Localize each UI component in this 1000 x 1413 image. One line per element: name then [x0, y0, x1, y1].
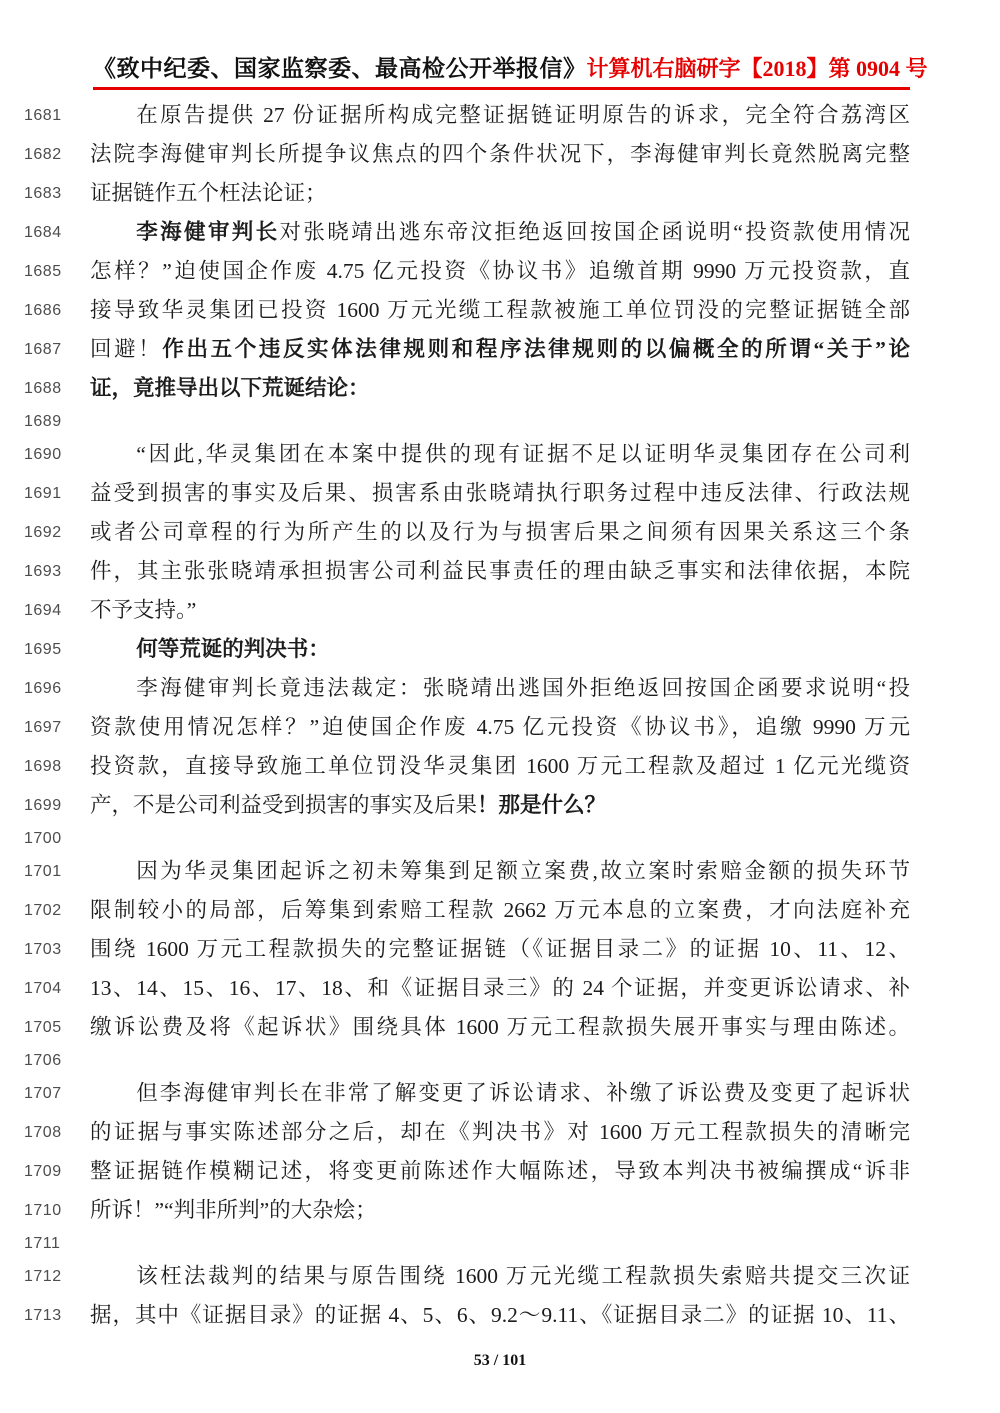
line-number: 1710 — [24, 1202, 90, 1220]
document-line: 1689 — [0, 408, 1000, 435]
document-line: 1687回避！作出五个违反实体法律规则和程序法律规则的以偏概全的所谓“关于”论 — [0, 330, 1000, 369]
line-text: 李海健审判长竟违法裁定：张晓靖出逃国外拒绝返回按国企函要求说明“投 — [90, 678, 910, 700]
line-number: 1705 — [24, 1019, 90, 1037]
line-text: 围绕 1600 万元工程款损失的完整证据链（《证据目录二》的证据 10、11、1… — [90, 939, 910, 961]
line-text: 但李海健审判长在非常了解变更了诉讼请求、补缴了诉讼费及变更了起诉状 — [90, 1083, 910, 1105]
document-line: 1712该枉法裁判的结果与原告围绕 1600 万元光缆工程款损失索赔共提交三次证 — [0, 1257, 1000, 1296]
line-number: 1684 — [24, 224, 90, 242]
line-text: 限制较小的局部，后筹集到索赔工程款 2662 万元本息的立案费，才向法庭补充 — [90, 900, 910, 922]
document-line: 1695何等荒诞的判决书： — [0, 630, 1000, 669]
line-number: 1708 — [24, 1124, 90, 1142]
line-text: 整证据链作模糊记述，将变更前陈述作大幅陈述，导致本判决书被编撰成“诉非 — [90, 1161, 910, 1183]
document-line: 1705缴诉讼费及将《起诉状》围绕具体 1600 万元工程款损失展开事实与理由陈… — [0, 1008, 1000, 1047]
line-number: 1691 — [24, 485, 90, 503]
document-line: 1688证，竟推导出以下荒诞结论： — [0, 369, 1000, 408]
line-number: 1713 — [24, 1307, 90, 1325]
line-text: 回避！作出五个违反实体法律规则和程序法律规则的以偏概全的所谓“关于”论 — [90, 339, 910, 361]
line-number: 1709 — [24, 1163, 90, 1181]
document-line: 1698投资款，直接导致施工单位罚没华灵集团 1600 万元工程款及超过 1 亿… — [0, 747, 1000, 786]
line-text: 件，其主张张晓靖承担损害公司利益民事责任的理由缺乏事实和法律依据，本院 — [90, 561, 910, 583]
line-text: 何等荒诞的判决书： — [90, 639, 910, 661]
line-number: 1689 — [24, 413, 90, 431]
document-title: 《致中纪委、国家监察委、最高检公开举报信》 — [93, 50, 587, 83]
line-number: 1700 — [24, 830, 90, 848]
line-text: 证，竟推导出以下荒诞结论： — [90, 378, 910, 400]
document-line: 1706 — [0, 1047, 1000, 1074]
line-number: 1711 — [24, 1235, 90, 1253]
document-line: 1711 — [0, 1230, 1000, 1257]
line-number: 1702 — [24, 902, 90, 920]
line-number: 1686 — [24, 302, 90, 320]
line-number: 1682 — [24, 146, 90, 164]
document-line: 170413、14、15、16、17、18、和《证据目录三》的 24 个证据，并… — [0, 969, 1000, 1008]
document-line: 1702限制较小的局部，后筹集到索赔工程款 2662 万元本息的立案费，才向法庭… — [0, 891, 1000, 930]
line-number: 1690 — [24, 446, 90, 464]
document-line: 1708的证据与事实陈述部分之后，却在《判决书》对 1600 万元工程款损失的清… — [0, 1113, 1000, 1152]
page-number-indicator: 53 / 101 — [0, 1352, 1000, 1370]
line-number: 1704 — [24, 980, 90, 998]
document-line: 1691益受到损害的事实及后果、损害系由张晓靖执行职务过程中违反法律、行政法规 — [0, 474, 1000, 513]
line-number: 1692 — [24, 524, 90, 542]
line-text: 资款使用情况怎样？”迫使国企作废 4.75 亿元投资《协议书》，追缴 9990 … — [90, 717, 910, 739]
line-number: 1703 — [24, 941, 90, 959]
document-line: 1694不予支持。” — [0, 591, 1000, 630]
document-page: 《致中纪委、国家监察委、最高检公开举报信》 计算机右脑研字【2018】第 090… — [0, 0, 1000, 1413]
document-line: 1685怎样？”迫使国企作废 4.75 亿元投资《协议书》追缴首期 9990 万… — [0, 252, 1000, 291]
line-number: 1697 — [24, 719, 90, 737]
document-line: 1703围绕 1600 万元工程款损失的完整证据链（《证据目录二》的证据 10、… — [0, 930, 1000, 969]
line-text: 或者公司章程的行为所产生的以及行为与损害后果之间须有因果关系这三个条 — [90, 522, 910, 544]
line-text: 缴诉讼费及将《起诉状》围绕具体 1600 万元工程款损失展开事实与理由陈述。 — [90, 1017, 910, 1039]
line-text: “因此,华灵集团在本案中提供的现有证据不足以证明华灵集团存在公司利 — [90, 444, 910, 466]
line-text: 所诉！”“判非所判”的大杂烩； — [90, 1200, 910, 1222]
document-line: 1693件，其主张张晓靖承担损害公司利益民事责任的理由缺乏事实和法律依据，本院 — [0, 552, 1000, 591]
line-text: 因为华灵集团起诉之初未筹集到足额立案费,故立案时索赔金额的损失环节 — [90, 861, 910, 883]
line-text: 在原告提供 27 份证据所构成完整证据链证明原告的诉求，完全符合荔湾区 — [90, 105, 910, 127]
line-text: 投资款，直接导致施工单位罚没华灵集团 1600 万元工程款及超过 1 亿元光缆资 — [90, 756, 910, 778]
line-number: 1693 — [24, 563, 90, 581]
line-text: 法院李海健审判长所提争议焦点的四个条件状况下，李海健审判长竟然脱离完整 — [90, 144, 910, 166]
line-number: 1685 — [24, 263, 90, 281]
document-line: 1686接导致华灵集团已投资 1600 万元光缆工程款被施工单位罚没的完整证据链… — [0, 291, 1000, 330]
line-text: 李海健审判长对张晓靖出逃东帝汶拒绝返回按国企函说明“投资款使用情况 — [90, 222, 910, 244]
line-number: 1701 — [24, 863, 90, 881]
line-text: 不予支持。” — [90, 600, 910, 622]
line-text: 据，其中《证据目录》的证据 4、5、6、9.2～9.11、《证据目录二》的证据 … — [90, 1305, 910, 1327]
line-number: 1688 — [24, 380, 90, 398]
line-number: 1687 — [24, 341, 90, 359]
document-line: 1701因为华灵集团起诉之初未筹集到足额立案费,故立案时索赔金额的损失环节 — [0, 852, 1000, 891]
line-number: 1681 — [24, 107, 90, 125]
document-line: 1713据，其中《证据目录》的证据 4、5、6、9.2～9.11、《证据目录二》… — [0, 1296, 1000, 1335]
line-text: 产，不是公司利益受到损害的事实及后果！那是什么？ — [90, 795, 910, 817]
document-line: 1682法院李海健审判长所提争议焦点的四个条件状况下，李海健审判长竟然脱离完整 — [0, 135, 1000, 174]
line-number: 1699 — [24, 797, 90, 815]
line-number: 1706 — [24, 1052, 90, 1070]
document-line: 1683证据链作五个枉法论证； — [0, 174, 1000, 213]
line-text: 证据链作五个枉法论证； — [90, 183, 910, 205]
line-text: 13、14、15、16、17、18、和《证据目录三》的 24 个证据，并变更诉讼… — [90, 978, 910, 1000]
line-number: 1712 — [24, 1268, 90, 1286]
document-header: 《致中纪委、国家监察委、最高检公开举报信》 计算机右脑研字【2018】第 090… — [93, 50, 910, 90]
line-text: 怎样？”迫使国企作废 4.75 亿元投资《协议书》追缴首期 9990 万元投资款… — [90, 261, 910, 283]
line-number: 1707 — [24, 1085, 90, 1103]
line-number: 1695 — [24, 641, 90, 659]
line-number: 1698 — [24, 758, 90, 776]
document-number: 计算机右脑研字【2018】第 0904 号 — [587, 52, 928, 83]
document-line: 1696李海健审判长竟违法裁定：张晓靖出逃国外拒绝返回按国企函要求说明“投 — [0, 669, 1000, 708]
line-number: 1683 — [24, 185, 90, 203]
document-line: 1699产，不是公司利益受到损害的事实及后果！那是什么？ — [0, 786, 1000, 825]
line-text: 的证据与事实陈述部分之后，却在《判决书》对 1600 万元工程款损失的清晰完 — [90, 1122, 910, 1144]
line-text: 该枉法裁判的结果与原告围绕 1600 万元光缆工程款损失索赔共提交三次证 — [90, 1266, 910, 1288]
document-line: 1684李海健审判长对张晓靖出逃东帝汶拒绝返回按国企函说明“投资款使用情况 — [0, 213, 1000, 252]
document-line: 1681在原告提供 27 份证据所构成完整证据链证明原告的诉求，完全符合荔湾区 — [0, 96, 1000, 135]
line-text: 益受到损害的事实及后果、损害系由张晓靖执行职务过程中违反法律、行政法规 — [90, 483, 910, 505]
document-line: 1697资款使用情况怎样？”迫使国企作废 4.75 亿元投资《协议书》，追缴 9… — [0, 708, 1000, 747]
document-line: 1700 — [0, 825, 1000, 852]
document-body: 1681在原告提供 27 份证据所构成完整证据链证明原告的诉求，完全符合荔湾区1… — [0, 96, 1000, 1335]
line-number: 1696 — [24, 680, 90, 698]
line-number: 1694 — [24, 602, 90, 620]
document-line: 1710所诉！”“判非所判”的大杂烩； — [0, 1191, 1000, 1230]
document-line: 1709整证据链作模糊记述，将变更前陈述作大幅陈述，导致本判决书被编撰成“诉非 — [0, 1152, 1000, 1191]
line-text: 接导致华灵集团已投资 1600 万元光缆工程款被施工单位罚没的完整证据链全部 — [90, 300, 910, 322]
document-line: 1692或者公司章程的行为所产生的以及行为与损害后果之间须有因果关系这三个条 — [0, 513, 1000, 552]
document-line: 1690“因此,华灵集团在本案中提供的现有证据不足以证明华灵集团存在公司利 — [0, 435, 1000, 474]
document-line: 1707但李海健审判长在非常了解变更了诉讼请求、补缴了诉讼费及变更了起诉状 — [0, 1074, 1000, 1113]
